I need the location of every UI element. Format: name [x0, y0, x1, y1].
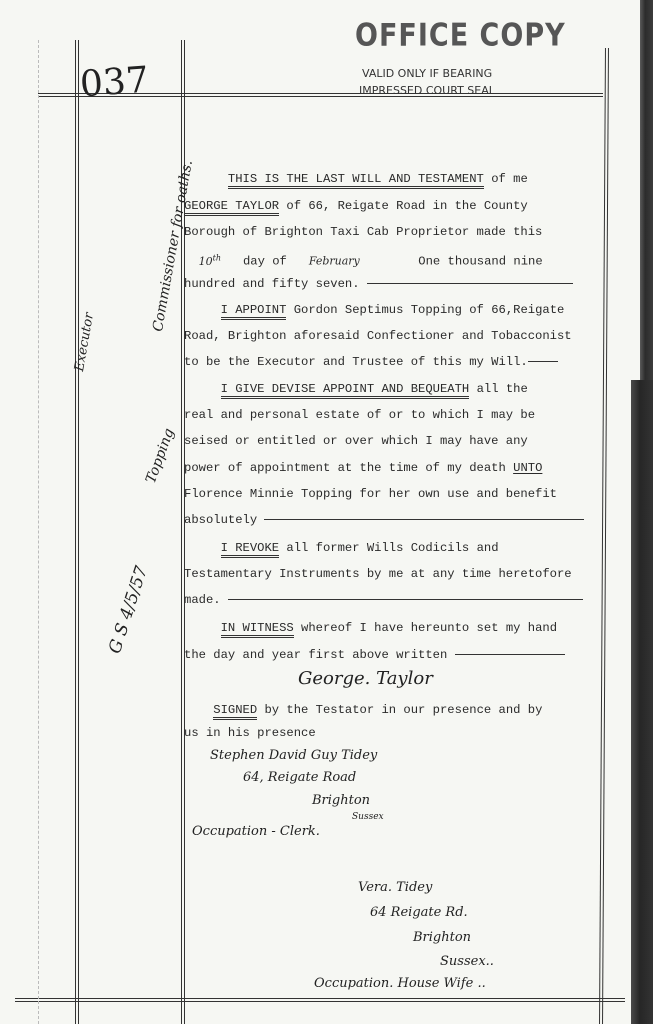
stamp-line-2: IMPRESSED COURT SEAL	[359, 84, 495, 97]
witness-line-1: IN WITNESS whereof I have hereunto set m…	[184, 615, 594, 641]
stamp-line-1: VALID ONLY IF BEARING	[362, 67, 492, 80]
faint-guide	[38, 40, 39, 1024]
give-line-4: power of appointment at the time of my d…	[184, 455, 594, 481]
scan-edge-shadow-lower	[631, 380, 653, 1024]
opening-line-1: THIS IS THE LAST WILL AND TESTAMENT of m…	[184, 166, 594, 192]
document-page: OFFICE COPY VALID ONLY IF BEARING IMPRES…	[0, 0, 653, 1024]
opening-line-3: Borough of Brighton Taxi Cab Proprietor …	[184, 219, 594, 245]
witness-2-occupation: Occupation. House Wife ..	[314, 976, 486, 991]
witness-2-address-1: 64 Reigate Rd.	[370, 905, 468, 920]
bottom-rule	[15, 998, 625, 1002]
will-heading: THIS IS THE LAST WILL AND TESTAMENT	[228, 172, 484, 189]
witness-1-occupation: Occupation - Clerk.	[192, 824, 320, 839]
revoke-line-1: I REVOKE all former Wills Codicils and	[184, 535, 594, 561]
appoint-line-2: Road, Brighton aforesaid Confectioner an…	[184, 323, 594, 349]
give-line-1: I GIVE DEVISE APPOINT AND BEQUEATH all t…	[184, 376, 594, 402]
give-heading: I GIVE DEVISE APPOINT AND BEQUEATH	[221, 382, 470, 399]
opening-line-5: hundred and fifty seven.	[184, 271, 594, 297]
give-line-3: seised or entitled or over which I may h…	[184, 428, 594, 454]
signed-line-2: us in his presence	[184, 720, 594, 746]
witness-1-address-2: Brighton	[312, 793, 370, 808]
right-margin-rule	[599, 48, 609, 1024]
witness-1-address-3: Sussex	[352, 812, 384, 822]
office-copy-stamp: OFFICE COPY	[355, 18, 566, 54]
witness-1-name: Stephen David Guy Tidey	[210, 748, 377, 763]
witness-line-2: the day and year first above written	[184, 642, 594, 668]
opening-line-2: GEORGE TAYLOR of 66, Reigate Road in the…	[184, 193, 594, 219]
revoke-line-3: made.	[184, 587, 594, 613]
day-handwritten: 10th	[199, 255, 221, 268]
revoke-line-2: Testamentary Instruments by me at any ti…	[184, 561, 594, 587]
witness-1-address-1: 64, Reigate Road	[243, 770, 356, 785]
witness-2-name: Vera. Tidey	[358, 880, 432, 895]
margin-initials: G S 4/5/57	[105, 564, 152, 657]
give-line-2: real and personal estate of or to which …	[184, 402, 594, 428]
give-line-5: Florence Minnie Topping for her own use …	[184, 481, 594, 507]
witness-2-address-2: Brighton	[413, 930, 471, 945]
appoint-line-1: I APPOINT Gordon Septimus Topping of 66,…	[184, 297, 594, 323]
witness-2-address-3: Sussex..	[440, 954, 494, 969]
margin-executor-signature: Topping	[143, 426, 178, 485]
appoint-line-3: to be the Executor and Trustee of this m…	[184, 349, 594, 375]
give-line-6: absolutely	[184, 507, 594, 533]
signed-heading: SIGNED	[213, 703, 257, 720]
reference-number: 037	[79, 60, 150, 106]
witness-heading: IN WITNESS	[221, 621, 294, 638]
revoke-heading: I REVOKE	[221, 541, 280, 558]
appoint-heading: I APPOINT	[221, 303, 287, 320]
unto-word: UNTO	[513, 461, 542, 475]
month-handwritten: February	[309, 255, 360, 268]
left-margin-rule	[75, 40, 79, 1024]
testator-signature: George. Taylor	[298, 668, 433, 689]
testator-name: GEORGE TAYLOR	[184, 199, 279, 216]
fill-rule	[367, 283, 573, 284]
